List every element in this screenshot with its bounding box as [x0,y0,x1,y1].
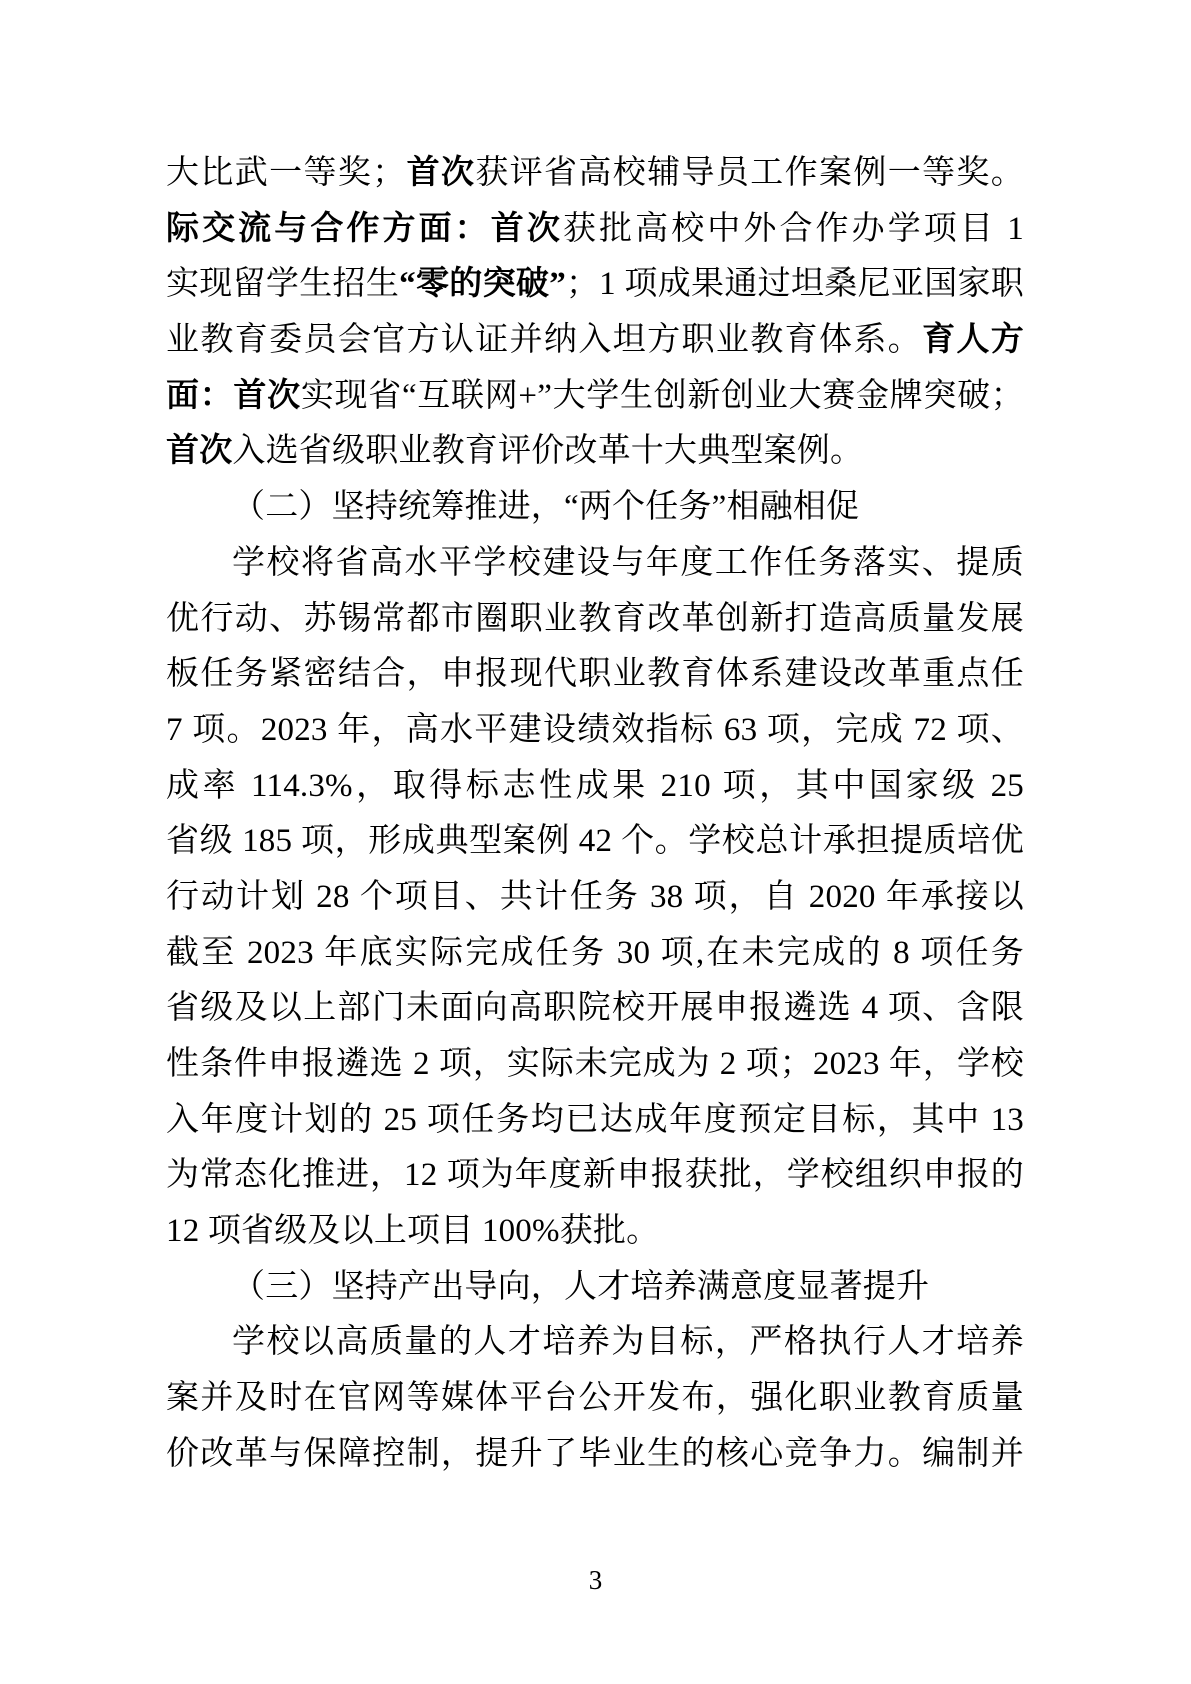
page-number: 3 [589,1565,603,1595]
document-body: 大比武一等奖；首次获评省高校辅导员工作案例一等奖。国际交流与合作方面：首次获批高… [166,146,1024,1483]
text-line: 板任务紧密结合，申报现代职业教育体系建设改革重点任务 [166,647,1024,703]
text-line: 成率 114.3%，取得标志性成果 210 项，其中国家级 25 项、 [166,759,1024,815]
text-segment: ；1 项成果通过坦桑尼亚国家职 [566,266,1024,302]
text-line: 行动计划 28 个项目、共计任务 38 项，自 2020 年承接以来， [166,870,1024,926]
section-heading: （三）坚持产出导向，人才培养满意度显著提升 [166,1260,1024,1316]
bold-text-segment: 育人方 [922,322,1024,358]
bold-text-segment: 面：首次 [166,378,301,414]
text-line: 实现留学生招生“零的突破”；1 项成果通过坦桑尼亚国家职 [166,257,1024,313]
page-footer: 3 [0,1560,1191,1600]
text-line: 截至 2023 年底实际完成任务 30 项,在未完成的 8 项任务中， [166,926,1024,982]
text-line: 性条件申报遴选 2 项，实际未完成为 2 项；2023 年，学校列 [166,1037,1024,1093]
text-segment: 入年度计划的 25 项任务均已达成年度预定目标，其中 13 项 [166,1102,1024,1149]
text-segment: 价改革与保障控制，提升了毕业生的核心竞争力。编制并公 [166,1436,1024,1483]
text-line: 学校将省高水平学校建设与年度工作任务落实、提质培 [166,536,1024,592]
bold-text-segment: 首次 [405,155,475,191]
text-line: 际交流与合作方面：首次获批高校中外合作办学项目 1 项； [166,202,1024,258]
text-segment: 截至 2023 年底实际完成任务 30 项,在未完成的 8 项任务中， [166,935,1024,982]
text-segment: 实现省“互联网+”大学生创新创业大赛金牌突破； [301,378,1024,414]
text-segment: 行动计划 28 个项目、共计任务 38 项，自 2020 年承接以来， [166,879,1024,926]
text-segment: 业教育委员会官方认证并纳入坦方职业教育体系。 [166,322,922,358]
text-line: 案并及时在官网等媒体平台公开发布，强化职业教育质量评 [166,1371,1024,1427]
text-line: 为常态化推进，12 项为年度新申报获批，学校组织申报的 [166,1148,1024,1204]
text-line: 入年度计划的 25 项任务均已达成年度预定目标，其中 13 项 [166,1093,1024,1149]
text-segment: 案并及时在官网等媒体平台公开发布，强化职业教育质量评 [166,1380,1024,1427]
text-segment: 优行动、苏锡常都市圈职业教育改革创新打造高质量发展样 [166,601,1024,648]
text-segment: 实现留学生招生 [166,266,399,302]
text-segment: 学校以高质量的人才培养为目标，严格执行人才培养方 [166,1324,1024,1371]
text-segment: 成率 114.3%，取得标志性成果 210 项，其中国家级 25 项、 [166,768,1024,815]
text-line: 价改革与保障控制，提升了毕业生的核心竞争力。编制并公 [166,1427,1024,1483]
text-line: 业教育委员会官方认证并纳入坦方职业教育体系。育人方 [166,313,1024,369]
text-segment: 大比武一等奖； [166,155,405,191]
text-line: 省级及以上部门未面向高职院校开展申报遴选 4 项、含限定 [166,981,1024,1037]
text-line: 面：首次实现省“互联网+”大学生创新创业大赛金牌突破； [166,369,1024,425]
text-line: 首次入选省级职业教育评价改革十大典型案例。 [166,424,1024,480]
text-segment: （三）坚持产出导向，人才培养满意度显著提升 [232,1269,929,1305]
text-line: 省级 185 项，形成典型案例 42 个。学校总计承担提质培优 [166,814,1024,870]
text-segment: 省级 185 项，形成典型案例 42 个。学校总计承担提质培优 [166,823,1024,859]
text-segment: （二）坚持统筹推进，“两个任务”相融相促 [232,489,859,525]
text-segment: 省级及以上部门未面向高职院校开展申报遴选 4 项、含限定 [166,990,1024,1037]
text-line: 优行动、苏锡常都市圈职业教育改革创新打造高质量发展样 [166,592,1024,648]
section-heading: （二）坚持统筹推进，“两个任务”相融相促 [166,480,1024,536]
text-line: 大比武一等奖；首次获评省高校辅导员工作案例一等奖。国 [166,146,1024,202]
text-segment: 入选省级职业教育评价改革十大典型案例。 [232,433,863,469]
bold-text-segment: “零的突破” [399,266,566,302]
bold-text-segment: 首次 [166,433,232,469]
bold-text-segment: 际交流与合作方面：首次 [166,211,563,247]
text-segment: 为常态化推进，12 项为年度新申报获批，学校组织申报的 [166,1157,1024,1193]
text-segment: 获评省高校辅导员工作案例一等奖。 [475,155,1024,191]
text-line: 7 项。2023 年，高水平建设绩效指标 63 项，完成 72 项、完 [166,703,1024,759]
text-segment: 12 项省级及以上项目 100%获批。 [166,1213,659,1249]
text-segment: 板任务紧密结合，申报现代职业教育体系建设改革重点任务 [166,656,1024,703]
text-line: 12 项省级及以上项目 100%获批。 [166,1204,1024,1260]
text-segment: 7 项。2023 年，高水平建设绩效指标 63 项，完成 72 项、完 [166,712,1024,759]
text-segment: 性条件申报遴选 2 项，实际未完成为 2 项；2023 年，学校列 [166,1046,1024,1093]
text-line: 学校以高质量的人才培养为目标，严格执行人才培养方 [166,1315,1024,1371]
text-segment: 学校将省高水平学校建设与年度工作任务落实、提质培 [166,545,1024,592]
